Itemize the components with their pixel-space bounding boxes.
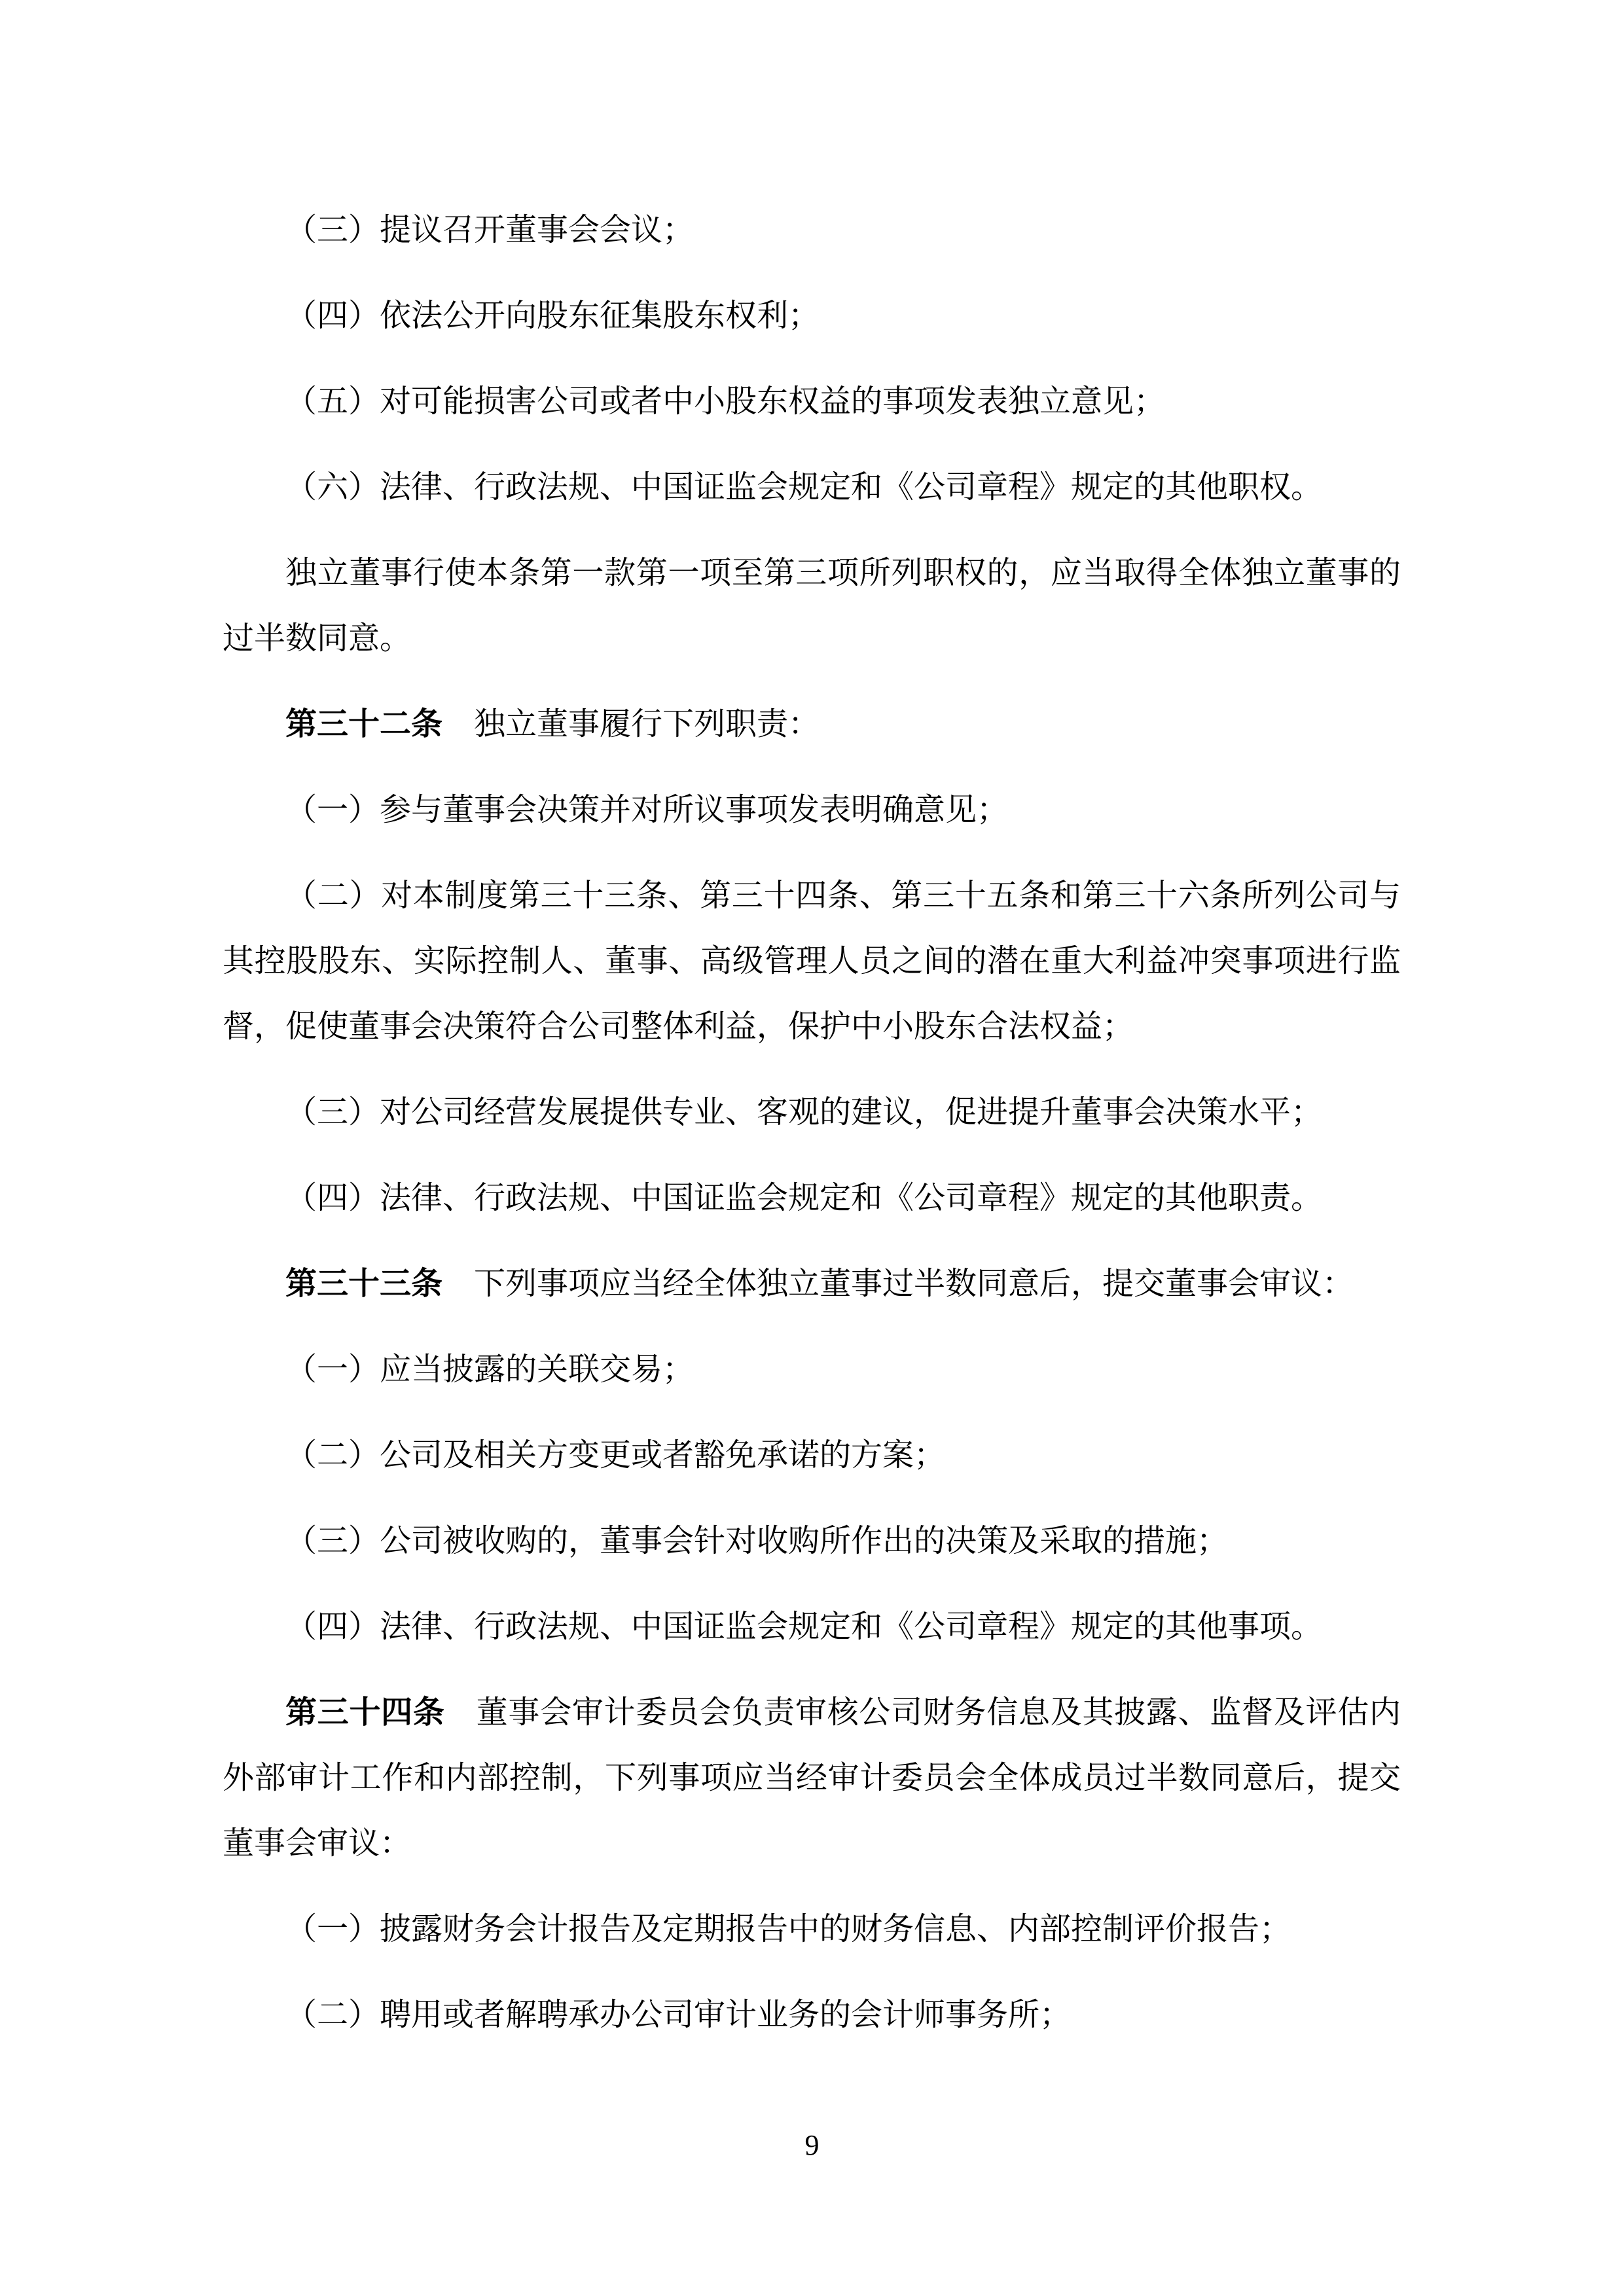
body-paragraph: （二）公司及相关方变更或者豁免承诺的方案； bbox=[223, 1423, 1401, 1488]
article-number: 第三十三条 bbox=[285, 1266, 442, 1301]
paragraph-text: （六）法律、行政法规、中国证监会规定和《公司章程》规定的其他职权。 bbox=[285, 470, 1322, 505]
paragraph-text: （四）法律、行政法规、中国证监会规定和《公司章程》规定的其他事项。 bbox=[285, 1609, 1322, 1644]
body-paragraph: （五）对可能损害公司或者中小股东权益的事项发表独立意见； bbox=[223, 369, 1401, 435]
body-paragraph: （一）披露财务会计报告及定期报告中的财务信息、内部控制评价报告； bbox=[223, 1897, 1401, 1962]
document-page: （三）提议召开董事会会议；（四）依法公开向股东征集股东权利；（五）对可能损害公司… bbox=[0, 0, 1624, 2296]
paragraph-text: （一）应当披露的关联交易； bbox=[285, 1352, 694, 1387]
paragraph-text: （二）对本制度第三十三条、第三十四条、第三十五条和第三十六条所列公司与其控股股东… bbox=[223, 878, 1401, 1044]
body-paragraph: （三）对公司经营发展提供专业、客观的建议，促进提升董事会决策水平； bbox=[223, 1080, 1401, 1145]
document-body: （三）提议召开董事会会议；（四）依法公开向股东征集股东权利；（五）对可能损害公司… bbox=[223, 198, 1401, 2048]
article-paragraph: 第三十四条董事会审计委员会负责审核公司财务信息及其披露、监督及评估内外部审计工作… bbox=[223, 1680, 1401, 1876]
body-paragraph: （四）法律、行政法规、中国证监会规定和《公司章程》规定的其他职责。 bbox=[223, 1166, 1401, 1231]
body-paragraph: （二）对本制度第三十三条、第三十四条、第三十五条和第三十六条所列公司与其控股股东… bbox=[223, 863, 1401, 1060]
body-paragraph: （四）法律、行政法规、中国证监会规定和《公司章程》规定的其他事项。 bbox=[223, 1594, 1401, 1660]
article-number: 第三十二条 bbox=[285, 707, 442, 742]
body-paragraph: （三）提议召开董事会会议； bbox=[223, 198, 1401, 263]
body-paragraph: （二）聘用或者解聘承办公司审计业务的会计师事务所； bbox=[223, 1982, 1401, 2048]
paragraph-text: （五）对可能损害公司或者中小股东权益的事项发表独立意见； bbox=[285, 384, 1165, 419]
body-paragraph: 独立董事行使本条第一款第一项至第三项所列职权的，应当取得全体独立董事的过半数同意… bbox=[223, 541, 1401, 672]
page-number: 9 bbox=[0, 2126, 1624, 2165]
body-paragraph: （一）参与董事会决策并对所议事项发表明确意见； bbox=[223, 778, 1401, 843]
body-paragraph: （三）公司被收购的，董事会针对收购所作出的决策及采取的措施； bbox=[223, 1509, 1401, 1574]
body-paragraph: （一）应当披露的关联交易； bbox=[223, 1337, 1401, 1403]
paragraph-text: 下列事项应当经全体独立董事过半数同意后，提交董事会审议： bbox=[474, 1266, 1354, 1301]
paragraph-text: （一）参与董事会决策并对所议事项发表明确意见； bbox=[285, 793, 1008, 827]
paragraph-text: （三）公司被收购的，董事会针对收购所作出的决策及采取的措施； bbox=[285, 1524, 1228, 1558]
paragraph-text: （三）提议召开董事会会议； bbox=[285, 213, 694, 247]
paragraph-text: 独立董事履行下列职责： bbox=[474, 707, 820, 742]
article-paragraph: 第三十二条独立董事履行下列职责： bbox=[223, 692, 1401, 757]
body-paragraph: （四）依法公开向股东征集股东权利； bbox=[223, 283, 1401, 349]
paragraph-text: 独立董事行使本条第一款第一项至第三项所列职权的，应当取得全体独立董事的过半数同意… bbox=[223, 556, 1401, 656]
paragraph-text: （二）公司及相关方变更或者豁免承诺的方案； bbox=[285, 1438, 945, 1473]
article-number: 第三十四条 bbox=[285, 1695, 445, 1730]
paragraph-text: （二）聘用或者解聘承办公司审计业务的会计师事务所； bbox=[285, 1998, 1071, 2032]
article-paragraph: 第三十三条下列事项应当经全体独立董事过半数同意后，提交董事会审议： bbox=[223, 1251, 1401, 1317]
paragraph-text: （四）法律、行政法规、中国证监会规定和《公司章程》规定的其他职责。 bbox=[285, 1181, 1322, 1215]
paragraph-text: （四）依法公开向股东征集股东权利； bbox=[285, 298, 820, 333]
paragraph-text: （三）对公司经营发展提供专业、客观的建议，促进提升董事会决策水平； bbox=[285, 1095, 1322, 1130]
body-paragraph: （六）法律、行政法规、中国证监会规定和《公司章程》规定的其他职权。 bbox=[223, 455, 1401, 520]
paragraph-text: （一）披露财务会计报告及定期报告中的财务信息、内部控制评价报告； bbox=[285, 1912, 1291, 1946]
